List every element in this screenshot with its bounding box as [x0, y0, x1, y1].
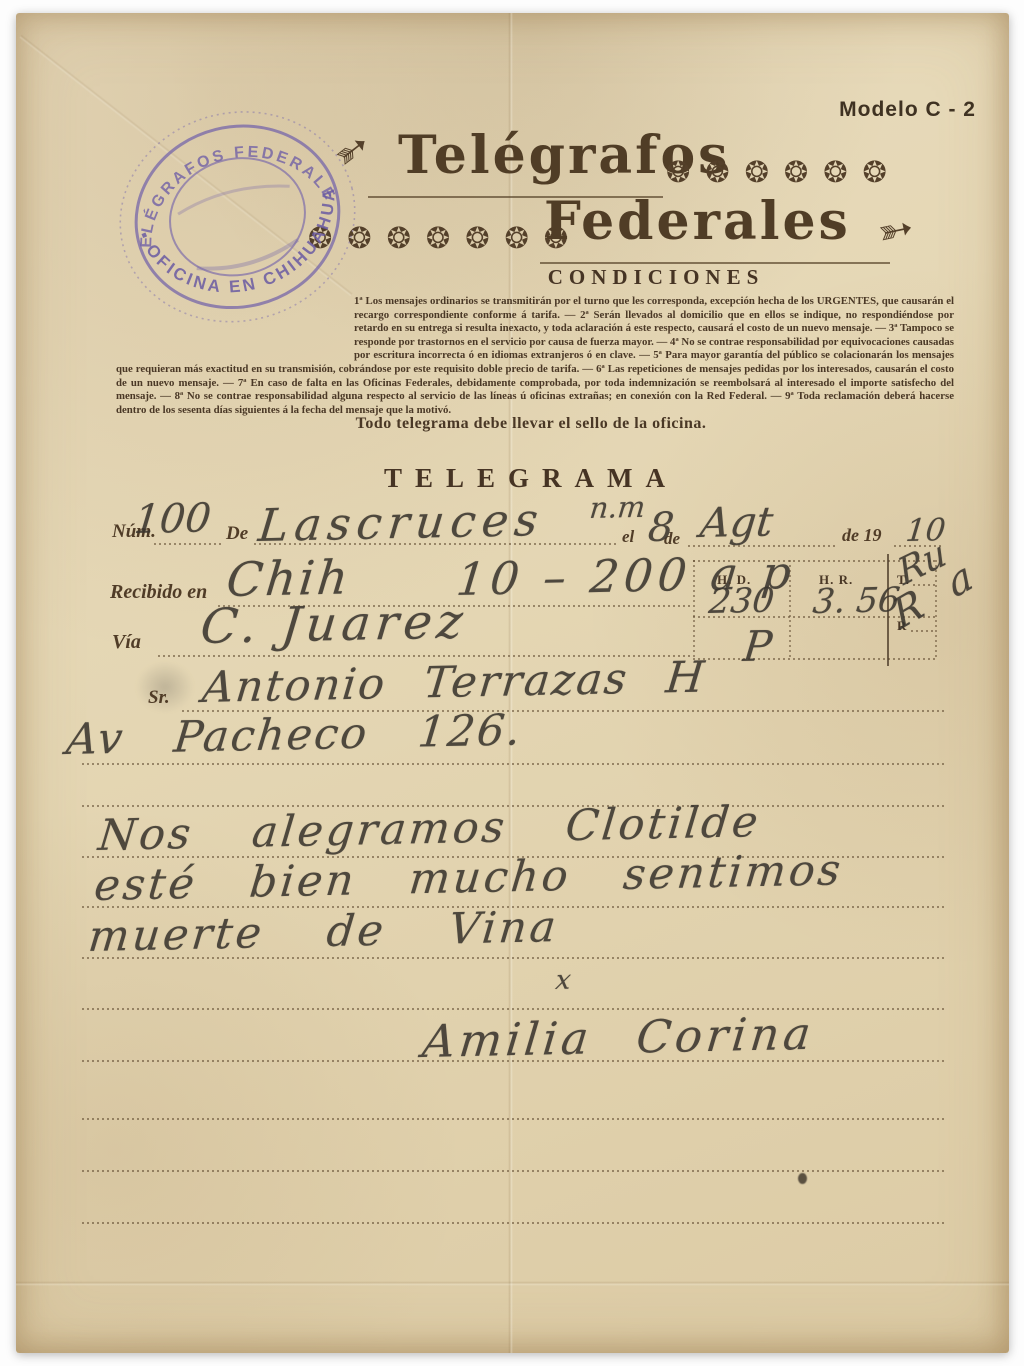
- table-divider-1: [789, 560, 791, 658]
- hw-cross-mark: x: [554, 965, 572, 996]
- hw-val-hd: 230: [707, 581, 776, 622]
- message-line-6: [82, 1118, 945, 1120]
- hw-flourish: P: [741, 621, 774, 671]
- hw-address: Av Pacheco 126.: [64, 705, 525, 765]
- num-line: [154, 543, 222, 545]
- title-rule-2: [540, 262, 890, 264]
- table-border-left: [693, 560, 695, 658]
- message-line-8: [82, 1222, 945, 1224]
- hw-signature: Amilia Corina: [420, 1007, 817, 1068]
- hw-num: 100: [132, 495, 213, 543]
- hw-message-3: muerte de Vina: [86, 902, 561, 962]
- svg-text:TELÉGRAFOS FEDERALES: TELÉGRAFOS FEDERALES: [57, 48, 340, 265]
- hw-origin: Lascruces: [256, 493, 547, 552]
- conditions-heading: CONDICIONES: [116, 265, 956, 290]
- hw-day: 8: [646, 504, 676, 551]
- title-word-federales: Federales: [544, 191, 851, 252]
- model-label: Modelo C - 2: [786, 98, 976, 122]
- conditions-indent-spacer: [116, 295, 354, 350]
- telegram-heading: TELEGRAMA: [56, 463, 1006, 494]
- recibido-label: Recibido en: [110, 581, 207, 604]
- conditions-body: 1ª Los mensajes ordinarios se transmitir…: [116, 295, 954, 417]
- ink-dot: [798, 1173, 807, 1184]
- hw-addressee: Antonio Terrazas H: [200, 652, 708, 713]
- hw-month: Agt: [698, 497, 775, 547]
- stamp-arc-top: TELÉGRAFOS FEDERALES: [57, 48, 340, 265]
- via-label: Vía: [112, 631, 141, 654]
- message-line-7: [82, 1170, 945, 1172]
- el-label: el: [622, 527, 634, 547]
- horizontal-fold-crease: [16, 1281, 1009, 1286]
- hw-origin-state: n.m: [588, 490, 647, 525]
- address-line: [82, 763, 945, 765]
- sr-label: Sr.: [148, 687, 170, 709]
- ornaments-row1: ❂❂❂❂❂❂: [666, 155, 902, 189]
- telegram-paper: Modelo C - 2 ➳ Telégrafos ❂❂❂❂❂❂ ❂❂❂❂❂❂❂…: [16, 13, 1009, 1353]
- table-border-bottom: [693, 658, 937, 660]
- de19-label: de 19: [842, 525, 882, 546]
- arrow-right-ornament: ➳: [873, 202, 918, 257]
- hw-via: C. Juarez: [198, 593, 470, 655]
- de-label: De: [226, 523, 248, 545]
- conditions-notice: Todo telegrama debe llevar el sello de l…: [56, 415, 1006, 433]
